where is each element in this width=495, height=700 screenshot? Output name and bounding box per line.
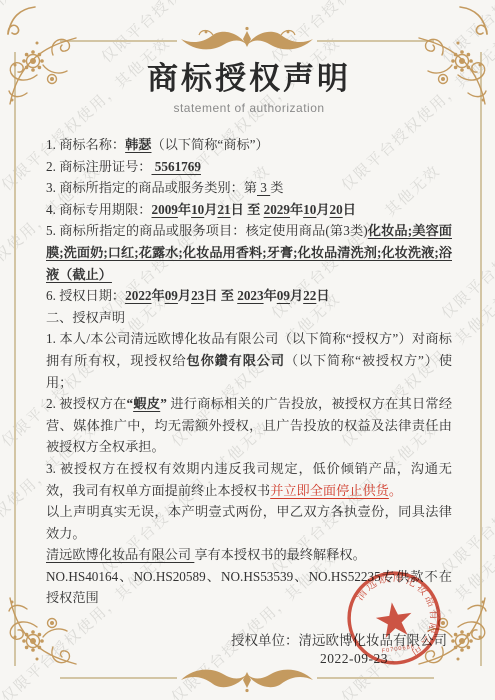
doc-paragraph: 1. 商标名称：韩瑟（以下简称“商标”） — [46, 134, 452, 156]
curl-ornament-top-right — [457, 4, 491, 38]
frame-border-bottom-right-segment — [317, 677, 434, 679]
frame-border-right — [480, 52, 482, 666]
doc-paragraph: 二、授权声明 — [46, 307, 452, 329]
document-title: 商标授权声明 — [46, 60, 452, 98]
document-body: 1. 商标名称：韩瑟（以下简称“商标”）2. 商标注册证号： 55617693.… — [46, 134, 452, 609]
doc-paragraph: 1. 本人/本公司清远欧博化妆品有限公司（以下简称“授权方”）对商标拥有所有权，… — [46, 328, 452, 393]
document-subtitle: statement of authorization — [46, 101, 452, 115]
star-icon — [374, 600, 414, 639]
doc-paragraph: 以上声明真实无误，本产明壹式两份，甲乙双方各执壹份，同具法律效力。 — [46, 501, 452, 544]
frame-border-left — [14, 52, 16, 666]
company-seal-stamp: 清远欧博化妆品有限公司 F0700688 — [336, 560, 451, 675]
authorization-document-page: 仅限平台授权使用，其他无效仅限平台授权使用，其他无效仅限平台授权使用，其他无效仅… — [0, 0, 495, 700]
curl-ornament-top-left — [4, 4, 38, 38]
doc-paragraph: 5. 商标所指定的商品或服务项目：核定使用商品(第3类)化妆品;美容面膜;洗面奶… — [46, 220, 452, 285]
doc-paragraph: 清远欧博化妆品有限公司 享有本授权书的最终解释权。 — [46, 544, 452, 566]
bottom-center-ornament — [176, 663, 318, 693]
frame-border-bottom-left-segment — [60, 677, 177, 679]
doc-paragraph: 4. 商标专用期限：2009年10月21日 至 2029年10月20日 — [46, 199, 452, 221]
top-center-ornament — [176, 26, 318, 56]
doc-paragraph: 2. 商标注册证号： 5561769 — [46, 156, 452, 178]
doc-paragraph: 3. 被授权方在授权有效期内违反我司规定，低价倾销产品，沟通无效，我司有权单方面… — [46, 458, 452, 501]
doc-paragraph: 6. 授权日期：2022年09月23日 至 2023年09月22日 — [46, 285, 452, 307]
document-content: 商标授权声明 statement of authorization 1. 商标名… — [46, 60, 452, 609]
doc-paragraph: 3. 商标所指定的商品或服务类别：第 3 类 — [46, 177, 452, 199]
doc-paragraph: 2. 被授权方在“蝦皮” 进行商标相关的广告投放，被授权方在其日常经营、媒体推广… — [46, 393, 452, 458]
